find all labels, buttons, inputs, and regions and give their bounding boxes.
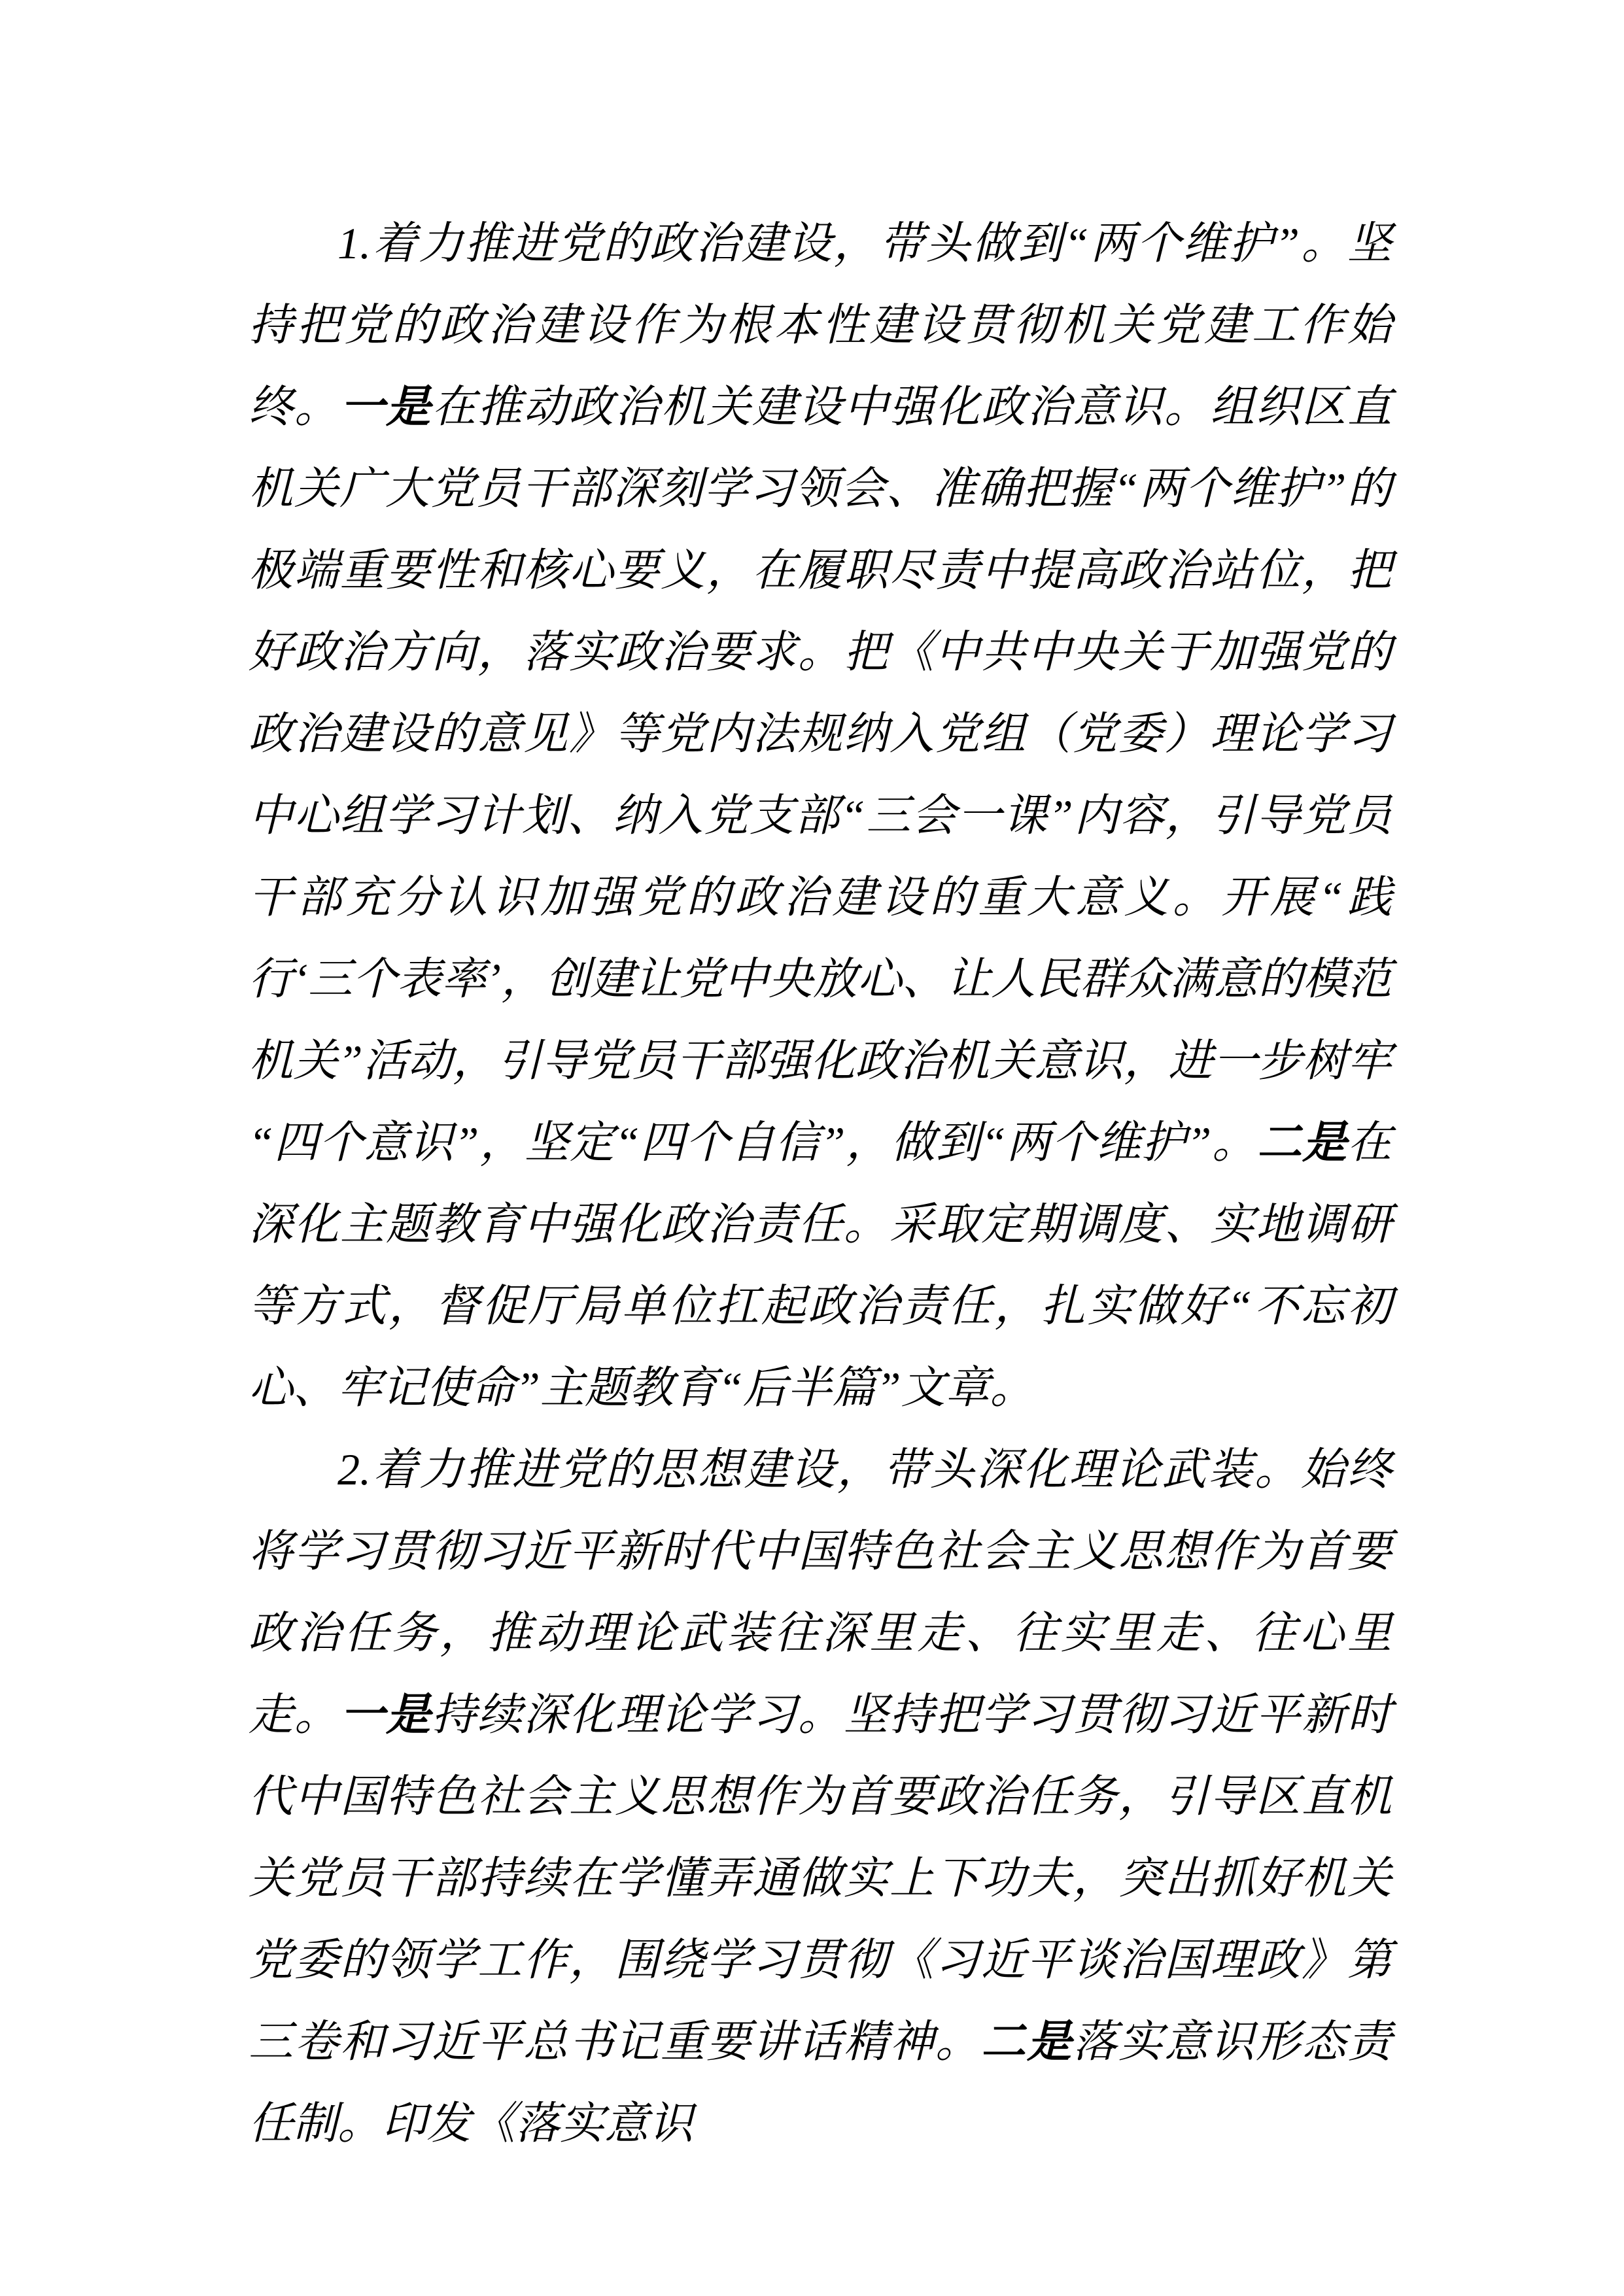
bold-text-run: 二是	[981, 2017, 1073, 2066]
bold-text-run: 二是	[1257, 1118, 1347, 1167]
paragraph-2: 2.着力推进党的思想建设，带头深化理论武装。始终将学习贯彻习近平新时代中国特色社…	[249, 1429, 1392, 2165]
paragraph-1: 1.着力推进党的政治建设，带头做到“两个维护”。坚持把党的政治建设作为根本性建设…	[249, 203, 1392, 1429]
document-body: 1.着力推进党的政治建设，带头做到“两个维护”。坚持把党的政治建设作为根本性建设…	[249, 203, 1392, 2165]
document-page: 1.着力推进党的政治建设，带头做到“两个维护”。坚持把党的政治建设作为根本性建设…	[0, 0, 1624, 2296]
text-run: 持续深化理论学习。坚持把学习贯彻习近平新时代中国特色社会主义思想作为首要政治任务…	[249, 1690, 1392, 2066]
bold-text-run: 一是	[340, 1690, 432, 1739]
text-run: 在推动政治机关建设中强化政治意识。组织区直机关广大党员干部深刻学习领会、准确把握…	[249, 382, 1392, 1167]
bold-text-run: 一是	[340, 382, 432, 432]
